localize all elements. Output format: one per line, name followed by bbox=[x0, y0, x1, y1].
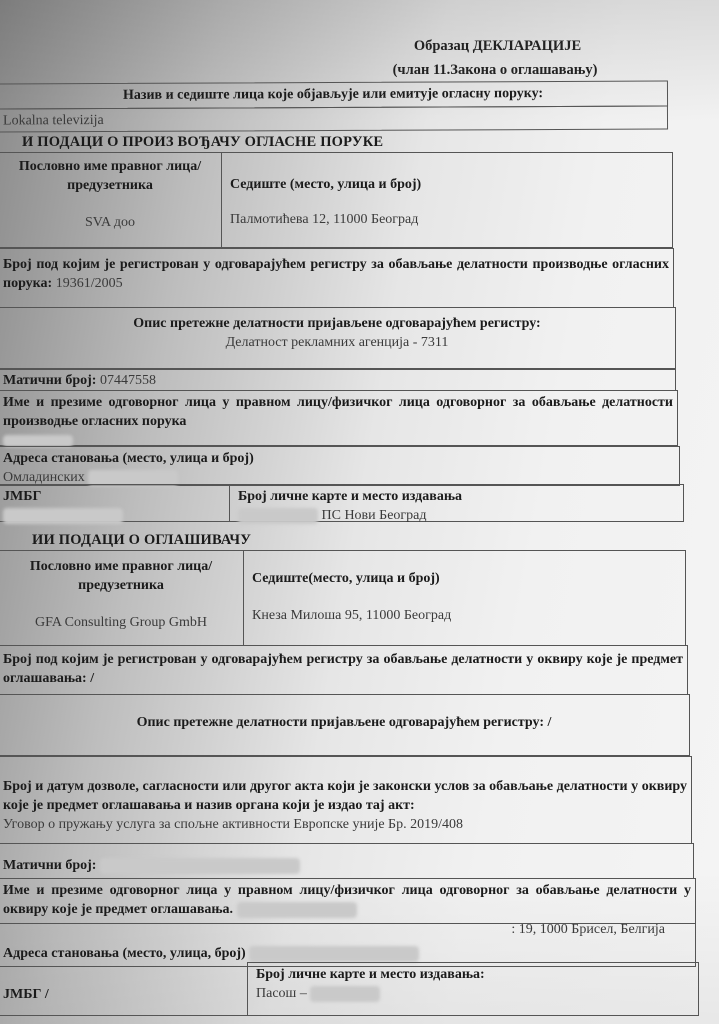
s1-jmbg-label: ЈМБГ bbox=[3, 487, 225, 506]
s1-responsible-cell: Име и презиме одговорног лица у правном … bbox=[0, 390, 678, 446]
s2-responsible-redaction bbox=[237, 902, 357, 918]
s1-address-label: Адреса становања (место, улица и број) bbox=[3, 449, 675, 468]
document-page: Образац ДЕКЛАРАЦИЈЕ (члан 11.Закона о ог… bbox=[0, 0, 719, 1024]
s1-id-card-redaction bbox=[238, 508, 318, 524]
s2-activity-cell: Опис претежне делатности пријављене одго… bbox=[0, 694, 690, 756]
s1-responsible-label: Име и презиме одговорног лица у правном … bbox=[3, 393, 673, 431]
s1-jmbg-cell: ЈМБГ bbox=[0, 484, 230, 522]
s2-registry-value: / bbox=[90, 671, 94, 686]
s2-permit-value: Уговор о пружању услуга за спољне активн… bbox=[3, 815, 687, 834]
s2-id-number-label: Матични број: bbox=[3, 858, 96, 873]
s1-seat-value: Палмотићева 12, 11000 Београд bbox=[230, 210, 664, 229]
section-2-title: ИИ ПОДАЦИ О ОГЛАШИВАЧУ bbox=[32, 532, 251, 549]
s2-permit-label: Број и датум дозволе, сагласности или др… bbox=[3, 779, 687, 813]
s2-id-card-label: Број личне карте и место издавања: bbox=[256, 965, 694, 984]
s2-responsible-cell: Име и презиме одговорног лица у правном … bbox=[0, 878, 696, 924]
s2-activity-value: / bbox=[548, 715, 552, 730]
s2-business-name-cell: Пословно име правног лица/предузетника G… bbox=[0, 550, 244, 646]
s1-registry-cell: Број под којим је регистрован у одговара… bbox=[0, 248, 674, 308]
s2-id-number-redaction bbox=[100, 858, 300, 874]
s2-registry-label: Број под којим је регистрован у одговара… bbox=[3, 652, 683, 686]
s1-business-name-label: Пословно име правног лица/предузетника bbox=[3, 157, 217, 195]
s1-id-card-value: ПС Нови Београд bbox=[322, 508, 427, 523]
s1-registry-value: 19361/2005 bbox=[56, 276, 123, 291]
s1-address-value: Омладинских bbox=[3, 470, 85, 485]
s2-seat-cell: Седиште(место, улица и број) Кнеза Милош… bbox=[243, 550, 686, 646]
publisher-value: Lokalna televizija bbox=[0, 106, 668, 133]
s1-id-card-label: Број личне карте и место издавања bbox=[238, 487, 679, 506]
s1-responsible-redaction bbox=[3, 435, 73, 447]
s2-registry-cell: Број под којим је регистрован у одговара… bbox=[0, 645, 688, 695]
s2-id-number-cell: Матични број: bbox=[0, 843, 694, 879]
s1-business-name-cell: Пословно име правног лица/предузетника S… bbox=[0, 152, 222, 248]
s2-id-card-cell: Број личне карте и место издавања: Пасош… bbox=[247, 962, 699, 1016]
s1-activity-value: Делатност рекламних агенција - 7311 bbox=[3, 333, 671, 352]
s1-id-number-value: 07447558 bbox=[100, 373, 156, 388]
s2-permit-cell: Број и датум дозволе, сагласности или др… bbox=[0, 756, 692, 844]
s1-seat-cell: Седиште (место, улица и број) Палмотићев… bbox=[221, 152, 673, 248]
s1-jmbg-redaction bbox=[3, 508, 123, 524]
s2-address-cell: Адреса становања (место, улица, број) : … bbox=[0, 923, 696, 967]
s1-id-card-cell: Број личне карте и место издавања ПС Нов… bbox=[229, 484, 684, 522]
s2-business-name-value: GFA Consulting Group GmbH bbox=[3, 613, 239, 632]
s2-id-card-value: Пасош – bbox=[256, 986, 307, 1001]
s1-seat-label: Седиште (место, улица и број) bbox=[230, 175, 664, 194]
form-subtitle: (члан 11.Закона о оглашавању) bbox=[360, 62, 630, 79]
s2-jmbg-cell: ЈМБГ / bbox=[0, 966, 248, 1016]
form-title: Образац ДЕКЛАРАЦИЈЕ bbox=[370, 38, 625, 55]
section-1-title: И ПОДАЦИ О ПРОИЗ ВОЂАЧУ ОГЛАСНЕ ПОРУКЕ bbox=[22, 134, 383, 151]
s2-address-redaction bbox=[249, 946, 419, 962]
s2-seat-value: Кнеза Милоша 95, 11000 Београд bbox=[252, 606, 677, 625]
s1-address-cell: Адреса становања (место, улица и број) О… bbox=[0, 446, 680, 486]
s2-address-value: : 19, 1000 Брисел, Белгија bbox=[511, 920, 665, 939]
s2-jmbg-label: ЈМБГ / bbox=[3, 987, 49, 1002]
s2-id-card-redaction bbox=[310, 986, 380, 1002]
s2-seat-label: Седиште(место, улица и број) bbox=[252, 569, 677, 588]
s2-business-name-label: Пословно име правног лица/предузетника bbox=[3, 557, 239, 595]
s2-address-label: Адреса становања (место, улица, број) bbox=[3, 946, 246, 961]
s1-id-number-cell: Матични број: 07447558 bbox=[0, 369, 676, 391]
s1-id-number-label: Матични број: bbox=[3, 373, 96, 388]
s1-activity-label: Опис претежне делатности пријављене одго… bbox=[3, 314, 671, 333]
s1-activity-cell: Опис претежне делатности пријављене одго… bbox=[0, 307, 676, 369]
s1-business-name-value: SVA доо bbox=[3, 213, 217, 232]
s2-activity-label: Опис претежне делатности пријављене одго… bbox=[137, 715, 544, 730]
